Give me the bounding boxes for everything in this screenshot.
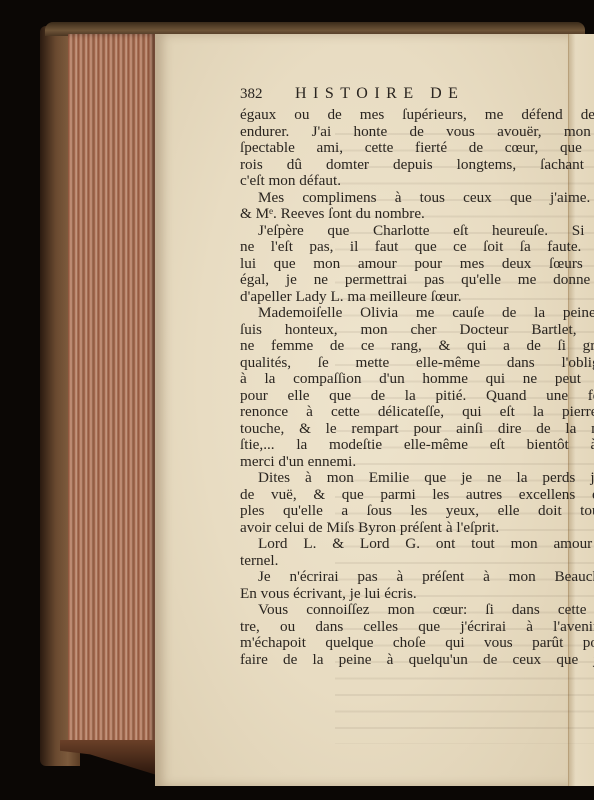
word: tous — [420, 190, 445, 207]
word: de — [581, 107, 594, 124]
text-line: & Mᵉ. Reeves ſont du nombre. — [240, 206, 594, 223]
running-title: HISTOIRE DE — [295, 86, 464, 103]
word: dans — [315, 619, 343, 636]
word: je — [461, 470, 472, 487]
word: complimens — [302, 190, 376, 207]
word: yeux, — [446, 503, 479, 520]
word: à — [395, 190, 402, 207]
word: pour — [413, 421, 441, 438]
word: excellens — [519, 487, 576, 504]
word: qu'elle — [283, 503, 323, 520]
word: J'eſpère — [258, 223, 304, 240]
word: délicateſſe, — [378, 404, 444, 421]
word: avouër, — [497, 124, 542, 141]
word: tout — [471, 536, 495, 553]
text-line: tre,oudanscellesquej'écriraiàl'avenir,il — [240, 619, 594, 636]
word: bientôt — [527, 437, 569, 454]
word: la — [264, 371, 275, 388]
word: tre, — [240, 619, 260, 636]
word: permettrai — [345, 272, 407, 289]
word: ne — [487, 470, 501, 487]
word: de — [502, 305, 516, 322]
word: faire — [240, 652, 268, 669]
word: ne — [523, 371, 537, 388]
word: cœur, — [505, 140, 539, 157]
word: ou — [294, 107, 309, 124]
word: à — [397, 569, 404, 586]
word: à — [306, 404, 313, 421]
word: Lord — [258, 536, 288, 553]
word: J'ai — [312, 124, 332, 141]
word: mette — [356, 355, 390, 372]
word: elle — [498, 503, 520, 520]
word: ſous — [367, 503, 392, 520]
word: préſent — [422, 569, 464, 586]
word: peut — [555, 371, 581, 388]
word: cette — [365, 140, 394, 157]
word: mon — [564, 124, 591, 141]
word: l'obligation — [561, 355, 594, 372]
text-line: m'échapoitquelquechoſequivousparûtpouvoi… — [240, 635, 594, 652]
text-line: égal,jenepermettraipasqu'ellemedonnelieu — [240, 272, 594, 289]
word: eſt — [500, 404, 515, 421]
text-line: MademoiſelleOliviamecauſedelapeine.Je — [240, 305, 594, 322]
word: que — [424, 470, 446, 487]
word: la — [312, 652, 323, 669]
word: rois — [240, 157, 263, 174]
word: que — [556, 652, 578, 669]
word: le — [326, 421, 337, 438]
text-line: égauxoudemesſupérieurs,medéfenddeles — [240, 107, 594, 124]
word: dû — [287, 157, 302, 174]
word: jamais — [590, 470, 594, 487]
text-line: luiquemonamourpourmesdeuxſœursétant — [240, 256, 594, 273]
word: ples — [240, 503, 264, 520]
word: merci d'un ennemi. — [240, 454, 356, 471]
word: & — [439, 338, 451, 355]
word: ſtie,... — [240, 437, 275, 454]
word: j'aime. — [550, 190, 590, 207]
word: ce — [361, 338, 374, 355]
word: cauſe — [452, 305, 484, 322]
word: mon — [361, 322, 388, 339]
word: ainſi — [456, 421, 483, 438]
word: honte — [353, 124, 387, 141]
word: c'eſt mon défaut. — [240, 173, 341, 190]
word: mon — [313, 256, 340, 273]
text-line: devuë,&queparmilesautresexcellensexem- — [240, 487, 594, 504]
word: peine — [339, 652, 372, 669]
word: ſpectable — [240, 140, 295, 157]
word: celles — [363, 619, 398, 636]
word: donne — [553, 272, 590, 289]
word: ternel. — [240, 553, 278, 570]
word: deux — [502, 256, 532, 273]
word: mon — [509, 569, 536, 586]
word: pas, — [309, 239, 333, 256]
word: ſachant — [540, 157, 584, 174]
word: choſe — [393, 635, 426, 652]
word: & — [332, 536, 344, 553]
word: à — [526, 619, 533, 636]
word: me — [485, 107, 504, 124]
text-line: àlacompaſſiond'unhommequinepeutavoir — [240, 371, 594, 388]
word: n'écrirai — [289, 569, 338, 586]
word: peine. — [563, 305, 594, 322]
word: pitié. — [435, 388, 466, 405]
word: ſœurs — [549, 256, 583, 273]
word: pour — [240, 388, 268, 405]
word: mon — [511, 536, 538, 553]
word: les — [410, 503, 427, 520]
word: défend — [521, 107, 562, 124]
word: mes — [460, 256, 484, 273]
word: connoiſſez — [306, 602, 369, 619]
word: & — [313, 487, 325, 504]
word: de — [240, 487, 254, 504]
book-page: 382 HISTOIRE DE égauxoudemesſupérieurs,m… — [155, 34, 568, 786]
word: la — [405, 388, 416, 405]
word: ſi — [485, 602, 493, 619]
word: femme — [271, 338, 313, 355]
word: L. — [303, 536, 316, 553]
word: eſt — [490, 437, 505, 454]
word: que — [342, 487, 364, 504]
word: pouvoir — [583, 635, 594, 652]
word: elle — [288, 388, 310, 405]
word: Emilie — [369, 470, 410, 487]
text-line: d'apeller Lady L. ma meilleure ſœur. — [240, 289, 594, 306]
word: amour — [553, 536, 592, 553]
word: Quand — [486, 388, 527, 405]
word: à — [591, 437, 594, 454]
word: qui — [486, 371, 505, 388]
word: ne — [314, 272, 328, 289]
word: qu'elle — [461, 272, 501, 289]
word: homme — [422, 371, 468, 388]
word: avoir celui de Miſs Byron préſent à l'eſ… — [240, 520, 499, 537]
word: qualités, — [240, 355, 291, 372]
word: ſe — [318, 355, 329, 372]
word: mon — [327, 470, 354, 487]
word: ne — [240, 239, 254, 256]
word: ne — [240, 338, 254, 355]
word: me — [416, 305, 435, 322]
word: la — [533, 404, 544, 421]
word: vuë, — [271, 487, 297, 504]
word: égaux — [240, 107, 276, 124]
word: ſoit — [483, 239, 503, 256]
word: lui — [240, 256, 256, 273]
text-line: qualités,ſemetteelle-mêmedansl'obligatio… — [240, 355, 594, 372]
word: les — [432, 487, 449, 504]
page-header: 382 HISTOIRE DE — [240, 86, 594, 102]
word: renonce — [240, 404, 288, 421]
word: ſuis — [240, 322, 262, 339]
word: Mes — [258, 190, 284, 207]
word: de — [410, 124, 424, 141]
text-line: fairedelapeineàquelqu'undeceuxquej'aime — [240, 652, 594, 669]
word: Si — [572, 223, 585, 240]
word: dans — [507, 355, 535, 372]
word: que — [560, 140, 582, 157]
word: qui — [467, 338, 486, 355]
word: la — [534, 305, 545, 322]
word: Beauchamp. — [555, 569, 594, 586]
text-line: touche,&lerempartpourainſidiredelamode- — [240, 421, 594, 438]
word: à — [483, 569, 490, 586]
word: Vous — [258, 602, 288, 619]
word: faut — [375, 239, 399, 256]
word: d'apeller Lady L. ma meilleure ſœur. — [240, 289, 462, 306]
word: Charlotte — [373, 223, 430, 240]
word: cette — [331, 404, 360, 421]
page-text: 382 HISTOIRE DE égauxoudemesſupérieurs,m… — [240, 86, 594, 685]
word: quelque — [325, 635, 373, 652]
word: Docteur — [460, 322, 509, 339]
word: fierté — [415, 140, 447, 157]
word: longtems, — [457, 157, 516, 174]
word: eſt — [453, 223, 468, 240]
word: Olivia — [360, 305, 398, 322]
word: ceux — [463, 190, 492, 207]
text-line: Jen'écriraipasàpréſentàmonBeauchamp. — [240, 569, 594, 586]
word: je — [286, 272, 297, 289]
word: ſi — [558, 338, 566, 355]
word: pour — [414, 256, 442, 273]
word: la — [516, 470, 527, 487]
word: vous — [446, 124, 475, 141]
word: rang, — [391, 338, 422, 355]
text-line: J'eſpèrequeCharlotteeſtheureuſe.Sielle — [240, 223, 594, 240]
word: que — [327, 223, 349, 240]
word: touche, — [240, 421, 284, 438]
text-line: ternel. — [240, 553, 594, 570]
word: d'un — [379, 371, 405, 388]
word: Mademoiſelle — [258, 305, 342, 322]
word: depuis — [393, 157, 433, 174]
word: compaſſion — [293, 371, 361, 388]
word: amour — [358, 256, 397, 273]
word: cette — [558, 602, 587, 619]
word: de — [469, 140, 483, 157]
text-line: plesqu'elleaſouslesyeux,elledoittoujours — [240, 503, 594, 520]
word: une — [546, 388, 568, 405]
word: faute. — [547, 239, 581, 256]
word: qui — [445, 635, 464, 652]
word: que — [510, 190, 532, 207]
word: de — [371, 388, 385, 405]
text-line: nel'eſtpas,ilfautqueceſoitſafaute.Dites — [240, 239, 594, 256]
word: & — [299, 421, 311, 438]
word: ſupérieurs, — [402, 107, 467, 124]
word: à — [387, 652, 394, 669]
word: Bartlet, — [531, 322, 576, 339]
text-line: En vous écrivant, je lui écris. — [240, 586, 594, 603]
word: pas — [424, 272, 444, 289]
word: G. — [405, 536, 420, 553]
text-line: roisdûdomterdepuislongtems,ſachantque — [240, 157, 594, 174]
word: perds — [542, 470, 575, 487]
word: égal, — [240, 272, 269, 289]
word: pas — [357, 569, 377, 586]
word: grandes — [583, 338, 594, 355]
word: que — [415, 239, 437, 256]
word: l'eſt — [271, 239, 293, 256]
word: la — [565, 421, 576, 438]
word: endurer. — [240, 124, 289, 141]
word: que — [274, 256, 296, 273]
word: il — [350, 239, 358, 256]
word: & Mᵉ. Reeves ſont du nombre. — [240, 206, 425, 223]
word: dire — [498, 421, 522, 438]
word: de — [327, 107, 341, 124]
word: pierre — [562, 404, 594, 421]
text-line: Mescomplimensàtousceuxquej'aime.Mr. — [240, 190, 594, 207]
page-edges — [68, 34, 156, 750]
word: En vous écrivant, je lui écris. — [240, 586, 417, 603]
word: à — [305, 470, 312, 487]
word: a — [503, 338, 510, 355]
word: elle-même — [404, 437, 468, 454]
word: autres — [466, 487, 502, 504]
word: vous — [484, 635, 513, 652]
word: ami, — [316, 140, 343, 157]
word: de — [483, 652, 497, 669]
word: modeſtie — [329, 437, 382, 454]
word: j'écrirai — [460, 619, 506, 636]
word: femme — [588, 388, 594, 405]
word: que — [418, 619, 440, 636]
text-line: pourellequedelapitié.Quandunefemme — [240, 388, 594, 405]
word: domter — [326, 157, 369, 174]
text-line: ſpectableami,cettefiertédecœur,quej'au- — [240, 140, 594, 157]
word: mon — [388, 602, 415, 619]
word: de — [527, 338, 541, 355]
word: quelqu'un — [409, 652, 468, 669]
page-number: 382 — [240, 86, 295, 103]
word: la — [296, 437, 307, 454]
word: ſa — [520, 239, 531, 256]
text-line: LordL.&LordG.onttoutmonamourfra- — [240, 536, 594, 553]
text-line: c'eſt mon défaut. — [240, 173, 594, 190]
text-line: DitesàmonEmiliequejenelaperdsjamais — [240, 470, 594, 487]
word: que — [329, 388, 351, 405]
text-line: merci d'un ennemi. — [240, 454, 594, 471]
word: qui — [462, 404, 481, 421]
word: ceux — [512, 652, 541, 669]
word: heureuſe. — [492, 223, 548, 240]
text-line: endurer.J'aihontedevousavouër,monre- — [240, 124, 594, 141]
word: parmi — [380, 487, 415, 504]
word: mes — [360, 107, 384, 124]
text-line: avoir celui de Miſs Byron préſent à l'eſ… — [240, 520, 594, 537]
word: me — [518, 272, 537, 289]
word: Lord — [360, 536, 390, 553]
word: ce — [453, 239, 466, 256]
word: de — [283, 652, 297, 669]
word: m'échapoit — [240, 635, 306, 652]
word: à — [240, 371, 247, 388]
word: a — [341, 503, 348, 520]
word: Je — [258, 569, 271, 586]
word: cœur: — [433, 602, 468, 619]
word: rempart — [351, 421, 398, 438]
word: parût — [532, 635, 563, 652]
text-line: ſtie,...lamodeſtieelle-mêmeeſtbientôtàla — [240, 437, 594, 454]
body-text: égauxoudemesſupérieurs,medéfenddelesendu… — [240, 107, 594, 668]
word: de — [330, 338, 344, 355]
word: ou — [280, 619, 295, 636]
word: cher — [410, 322, 436, 339]
text-line: nefemmedecerang,&quiadeſigrandes — [240, 338, 594, 355]
word: doit — [538, 503, 562, 520]
text-line: renonceàcettedélicateſſe,quieſtlapierred… — [240, 404, 594, 421]
word: dans — [512, 602, 540, 619]
word: ont — [436, 536, 455, 553]
word: elle-même — [416, 355, 480, 372]
text-line: ſuishonteux,moncherDocteurBartlet,qu'u- — [240, 322, 594, 339]
word: Dites — [258, 470, 290, 487]
catchword: ou — [240, 668, 594, 685]
word: toujours — [580, 503, 594, 520]
word: l'avenir, — [553, 619, 594, 636]
text-line: Vousconnoiſſezmoncœur:ſidanscetteLet- — [240, 602, 594, 619]
word: de — [536, 421, 550, 438]
word: honteux, — [285, 322, 338, 339]
